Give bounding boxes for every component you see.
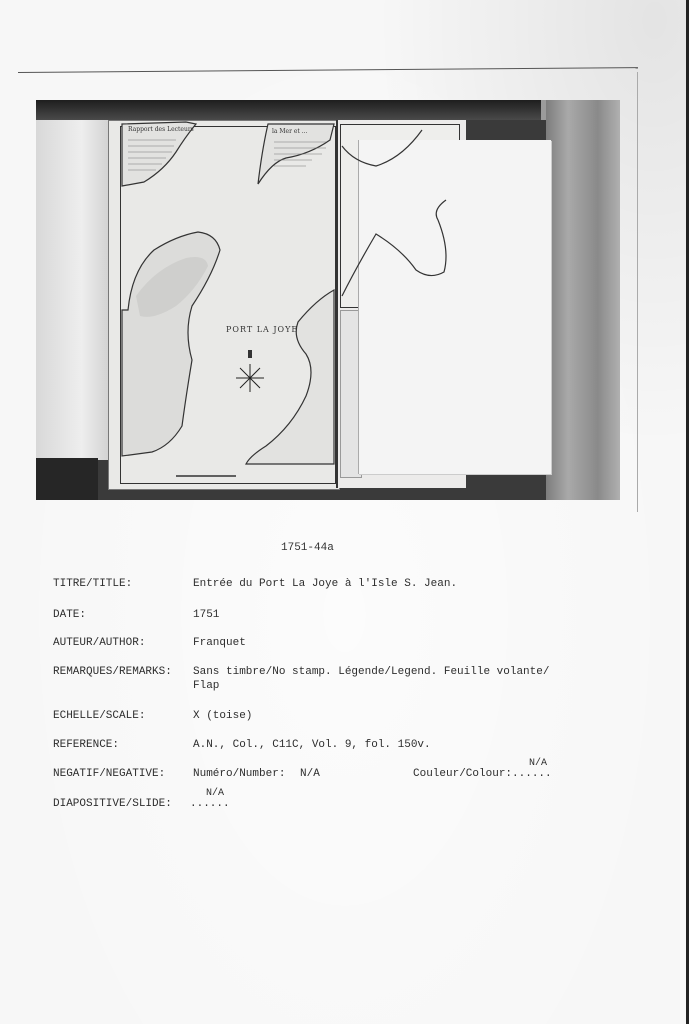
field-label: REMARQUES/REMARKS: <box>53 666 172 678</box>
field-value-continued: Flap <box>193 680 219 692</box>
slide-value: N/A <box>206 788 224 799</box>
field-label: DATE: <box>53 609 86 621</box>
field-value: Entrée du Port La Joye à l'Isle S. Jean. <box>193 578 457 590</box>
slide-dots: ...... <box>190 798 230 810</box>
mount-edge-right <box>637 72 638 512</box>
negative-colour-label: Couleur/Colour: <box>413 768 512 780</box>
field-label: TITRE/TITLE: <box>53 578 132 590</box>
negative-number-label: Numéro/Number: <box>193 768 285 780</box>
catalog-number: 1751-44a <box>281 542 334 554</box>
coastline-drawing <box>36 100 620 500</box>
field-value: 1751 <box>193 609 219 621</box>
map-legend-heading-right: la Mer et ... <box>272 128 307 135</box>
field-label: ECHELLE/SCALE: <box>53 710 145 722</box>
field-value: Franquet <box>193 637 246 649</box>
map-port-label: PORT LA JOYE <box>226 325 298 334</box>
field-label: REFERENCE: <box>53 739 119 751</box>
negative-colour-dots: ...... <box>512 768 552 780</box>
field-value: A.N., Col., C11C, Vol. 9, fol. 150v. <box>193 739 431 751</box>
field-value: Sans timbre/No stamp. Légende/Legend. Fe… <box>193 666 549 678</box>
field-label: DIAPOSITIVE/SLIDE: <box>53 798 172 810</box>
negative-number-value: N/A <box>300 768 320 780</box>
field-value: X (toise) <box>193 710 252 722</box>
negative-colour-value: N/A <box>529 758 547 769</box>
map-legend-heading: Rapport des Lecteurs <box>128 126 194 133</box>
map-photograph: Rapport des Lecteurs la Mer et ... PORT … <box>36 100 620 500</box>
field-label: AUTEUR/AUTHOR: <box>53 637 145 649</box>
field-label: NEGATIF/NEGATIVE: <box>53 768 165 780</box>
